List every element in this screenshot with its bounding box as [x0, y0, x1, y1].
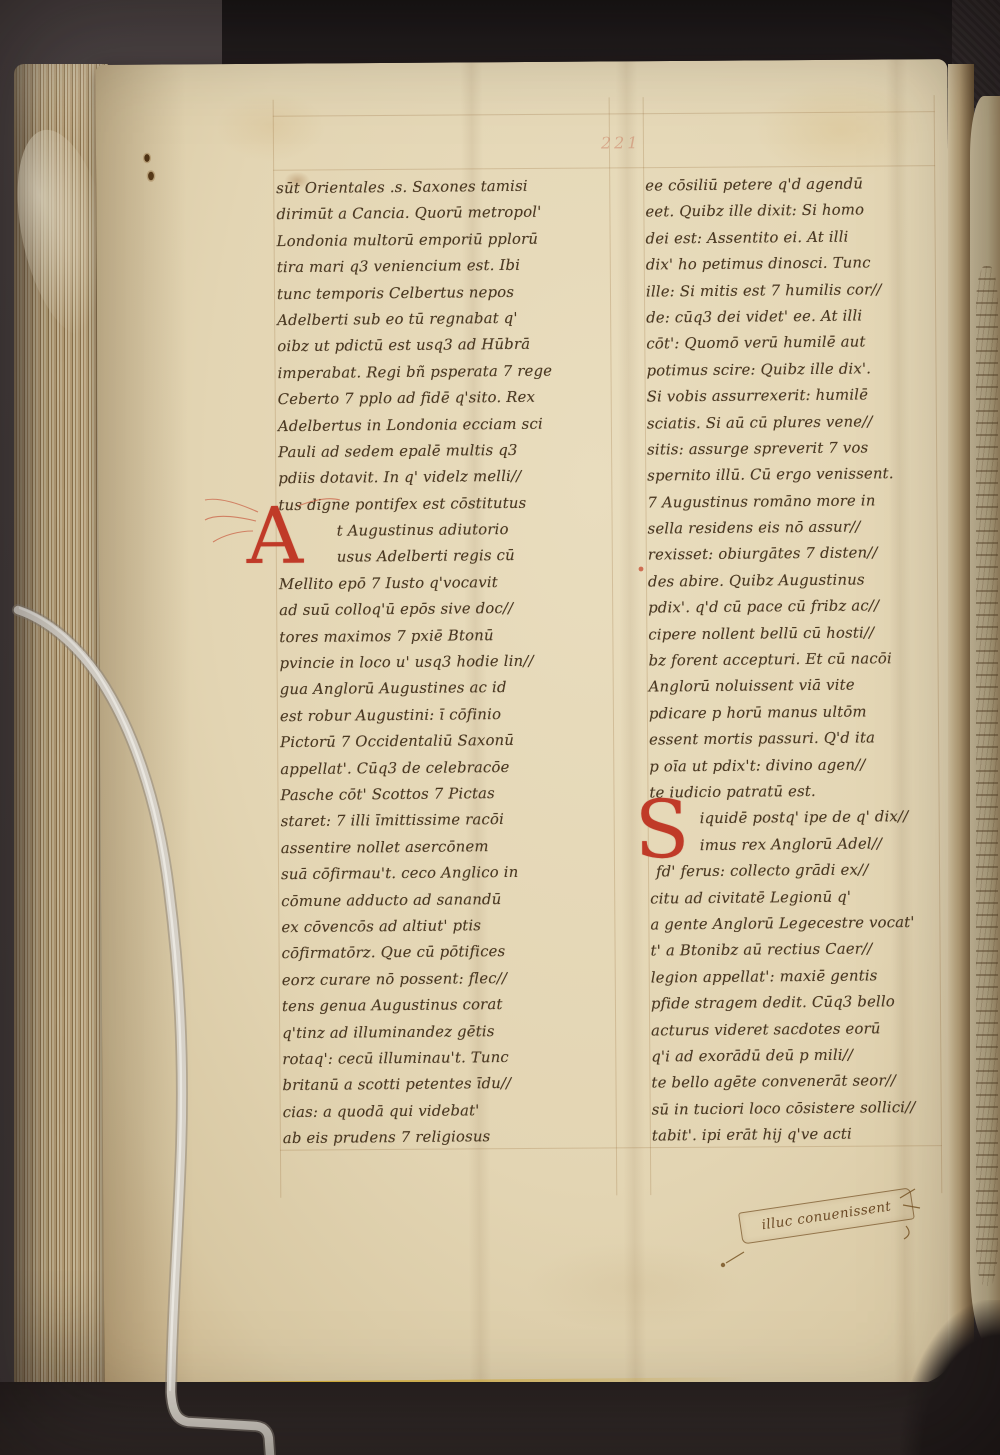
text-line: Mellito epō 7 Iusto q'vocavit [279, 569, 615, 599]
text-line: sūt Orientales .s. Saxones tamisi [276, 173, 612, 203]
catchword-banner: illuc conuenissent [738, 1187, 915, 1244]
text-line: pdix'. q'd cū pace cū fribz ac// [648, 593, 944, 622]
text-line: imperabat. Regi bñ psperata 7 rege [277, 358, 613, 388]
text-line: oibz ut pdictū est usq3 ad Hūbrā [277, 331, 613, 361]
text-line: bz forent accepturi. Et cū nacōi [648, 646, 944, 675]
text-line: sitis: assurge spreverit 7 vos [647, 435, 943, 464]
parchment-page: 221 sūt Orientales .s. Saxones tamisidir… [95, 59, 956, 1390]
text-line: ex cōvencōs ad altiut' ptis [281, 912, 617, 942]
text-line: t' a Btonibz aū rectius Caer// [650, 936, 946, 965]
rubricated-initial-S: S [634, 793, 689, 867]
text-line: cōt': Quomō verū humilē aut [646, 329, 942, 358]
text-line: cias: a quodā qui videbat' [283, 1097, 619, 1127]
text-line: assentire nollet asercōnem [281, 833, 617, 863]
page-crease [615, 61, 646, 1386]
parchment-stain [524, 1240, 745, 1332]
dark-table-corner [900, 1300, 1000, 1455]
text-line: suā cōfirmau't. ceco Anglico in [281, 859, 617, 889]
text-line: pvincie in loco u' usq3 hodie lin// [279, 648, 615, 678]
parchment-stain [216, 91, 326, 162]
text-line: usus Adelberti regis cū [337, 542, 615, 571]
text-line: Anglorū noluissent viā vite [649, 672, 945, 701]
text-line: appellat'. Cūq3 de celebracōe [280, 754, 616, 784]
text-line: p oīa ut pdix't: divino agen// [649, 751, 945, 780]
text-line: tus digne pontifex est cōstitutus [278, 490, 614, 520]
gutter-shadow [95, 64, 194, 1390]
text-line: Adelberti sub eo tū regnabat q' [277, 305, 613, 335]
text-line: potimus scire: Quibz ille dix'. [646, 355, 942, 384]
text-line: tabit'. ipi erāt hij q've acti [652, 1121, 948, 1150]
text-line: sella residens eis nō assur// [648, 514, 944, 543]
text-line: citu ad civitatē Legionū q' [650, 883, 946, 912]
text-line: tores maximos 7 pxiē Btonū [279, 622, 615, 652]
text-line: pfide stragem dedit. Cūq3 bello [651, 989, 947, 1018]
text-line: t Augustinus adiutorio [337, 516, 615, 545]
text-line: acturus videret sacdotes eorū [651, 1015, 947, 1044]
text-line: sciatis. Si aū cū plures vene// [647, 408, 943, 437]
text-line: dix' ho petimus dinosci. Tunc [646, 250, 942, 279]
text-line: sū in tuciori loco cōsistere sollici// [652, 1094, 948, 1123]
text-line: q'tinz ad illuminandez gētis [282, 1017, 618, 1047]
facing-page-curve [970, 96, 1000, 1346]
text-line: a gente Anglorū Legecestre vocat' [650, 910, 946, 939]
text-line: rexisset: obiurgātes 7 disten// [648, 540, 944, 569]
text-line: gua Anglorū Augustines ac id [280, 674, 616, 704]
text-line: eorz curare nō possent: flec// [282, 965, 618, 995]
text-line: legion appellat': maxiē gentis [651, 962, 947, 991]
text-line: pdicare p horū manus ultōm [649, 699, 945, 728]
text-line: Adelbertus in Londonia ecciam sci [278, 410, 614, 440]
text-line: cōmune adducto ad sanandū [281, 885, 617, 915]
text-line: iquidē postq' ipe de q' dix// [700, 804, 946, 833]
text-line: te iudicio patratū est. [649, 778, 945, 807]
text-line: Pauli ad sedem epalē multis q3 [278, 437, 614, 467]
text-line: ab eis prudens 7 religiosus [283, 1123, 619, 1153]
text-line: est robur Augustini: ī cōfinio [280, 701, 616, 731]
text-line: de: cūq3 dei videt' ee. At illi [646, 303, 942, 332]
text-line: eet. Quibz ille dixit: Si homo [645, 197, 941, 226]
text-line: ee cōsiliū petere q'd agendū [645, 171, 941, 200]
text-line: fd' ferus: collecto grādi ex// [656, 857, 946, 886]
text-line: tens genua Augustinus corat [282, 991, 618, 1021]
text-line: des abire. Quibz Augustinus [648, 567, 944, 596]
text-line: pdiis dotavit. In q' videlz melli// [278, 463, 614, 493]
folio-number: 221 [601, 133, 641, 152]
text-line: 7 Augustinus romāno more in [647, 487, 943, 516]
text-line: britanū a scotti petentes īdu// [282, 1070, 618, 1100]
text-line: Si vobis assurrexerit: humilē [647, 382, 943, 411]
text-line: cipere nollent bellū cū hosti// [648, 619, 944, 648]
text-line: imus rex Anglorū Adel// [700, 831, 946, 860]
facing-page-script [976, 266, 998, 1286]
dark-table-bottom [0, 1382, 1000, 1455]
text-line: rotaq': cecū illuminau't. Tunc [282, 1044, 618, 1074]
rubricated-initial-A: A [246, 502, 303, 572]
text-column-right: ee cōsiliū petere q'd agendūeet. Quibz i… [645, 171, 948, 1149]
manuscript-photo: 221 sūt Orientales .s. Saxones tamisidir… [0, 0, 1000, 1455]
text-line: te bello agēte convenerāt seor// [651, 1068, 947, 1097]
text-line: Pasche cōt' Scottos 7 Pictas [280, 780, 616, 810]
text-line: tunc temporis Celbertus nepos [277, 279, 613, 309]
text-line: ad suū colloq'ū epōs sive doc// [279, 595, 615, 625]
text-line: ille: Si mitis est 7 humilis cor// [646, 276, 942, 305]
text-line: dirimūt a Cancia. Quorū metropol' [276, 199, 612, 229]
text-line: cōfirmatōrz. Que cū pōtifices [281, 938, 617, 968]
text-line: q'i ad exorādū deū p mili// [651, 1042, 947, 1071]
text-line: dei est: Assentito ei. At illi [645, 223, 941, 252]
text-line: tira mari q3 veniencium est. Ibi [277, 252, 613, 282]
text-column-left: sūt Orientales .s. Saxones tamisidirimūt… [276, 173, 619, 1152]
text-line: essent mortis passuri. Q'd ita [649, 725, 945, 754]
text-line: staret: 7 illi īmittissime racōi [281, 806, 617, 836]
catchword-label: illuc conuenissent [761, 1198, 893, 1233]
text-line: Ceberto 7 pplo ad fidē q'sito. Rex [278, 384, 614, 414]
text-line: Pictorū 7 Occidentaliū Saxonū [280, 727, 616, 757]
text-line: spernito illū. Cū ergo venissent. [647, 461, 943, 490]
text-line: Londonia multorū emporiū pplorū [277, 226, 613, 256]
